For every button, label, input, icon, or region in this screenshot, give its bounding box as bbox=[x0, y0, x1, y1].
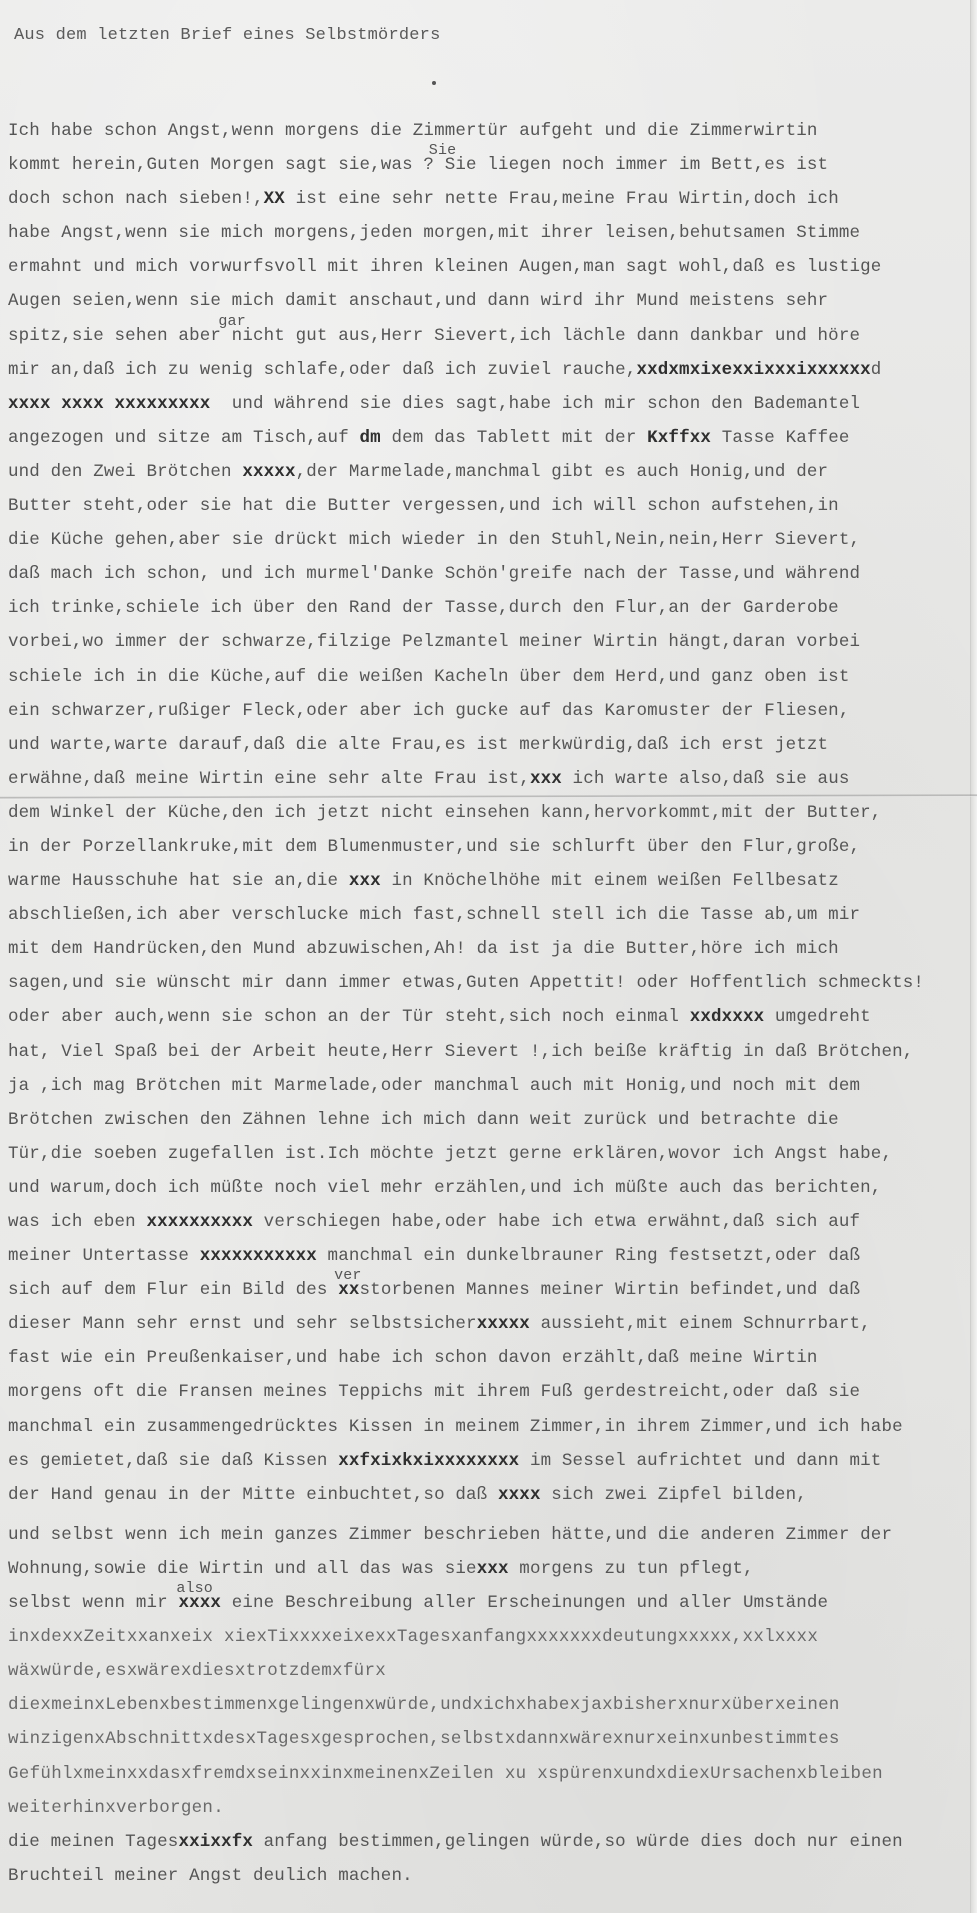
line-text: sich zwei Zipfel bilden, bbox=[541, 1485, 807, 1505]
line-text: dem das Tablett mit der bbox=[381, 428, 647, 448]
struck-line: wäxwürde,esxwärexdiesxtrotzdemxfürx bbox=[8, 1654, 973, 1688]
overstrike-correction: xxx bbox=[477, 1559, 509, 1579]
text-line: ermahnt und mich vorwurfsvoll mit ihren … bbox=[8, 250, 973, 284]
overstrike-correction: xxdxxxx bbox=[690, 1007, 765, 1027]
line-text: in der Porzellankruke,mit dem Blumenmust… bbox=[8, 837, 860, 857]
overstrike-correction: GefühlxmeinxxdasxfremdxseinxxinxmeinenxZ… bbox=[8, 1764, 883, 1784]
text-line: kommt herein,Guten Morgen sagt sie,was ?… bbox=[8, 148, 973, 182]
text-line: meiner Untertasse xxxxxxxxxxx manchmal e… bbox=[8, 1239, 973, 1273]
text-line: dem Winkel der Küche,den ich jetzt nicht… bbox=[8, 796, 973, 830]
text-line: spitz,sie sehen aber nicht gut aus,Herr … bbox=[8, 319, 973, 353]
line-text: Brötchen zwischen den Zähnen lehne ich m… bbox=[8, 1110, 839, 1130]
line-text: meiner Untertasse bbox=[8, 1246, 200, 1266]
text-line: fast wie ein Preußenkaiser,und habe ich … bbox=[8, 1341, 973, 1375]
line-text: oder aber auch,wenn sie schon an der Tür… bbox=[8, 1007, 690, 1027]
line-text: manchmal ein dunkelbrauner Ring festsetz… bbox=[317, 1246, 860, 1266]
line-text: Bruchteil meiner Angst deulich machen. bbox=[8, 1866, 413, 1886]
text-line: und warte,warte darauf,daß die alte Frau… bbox=[8, 728, 973, 762]
text-line: ja ,ich mag Brötchen mit Marmelade,oder … bbox=[8, 1069, 973, 1103]
text-line: dieser Mann sehr ernst und sehr selbstsi… bbox=[8, 1307, 973, 1341]
text-line: was ich eben xxxxxxxxxx verschiegen habe… bbox=[8, 1205, 973, 1239]
line-text: und während sie dies sagt,habe ich mir s… bbox=[210, 394, 860, 414]
text-line: und warum,doch ich müßte noch viel mehr … bbox=[8, 1171, 973, 1205]
line-text: sich auf dem Flur ein Bild des bbox=[8, 1280, 338, 1300]
struck-line: weiterhinxverborgen. bbox=[8, 1791, 973, 1825]
line-text: hat, Viel Spaß bei der Arbeit heute,Herr… bbox=[8, 1042, 913, 1062]
line-text: morgens zu tun pflegt, bbox=[509, 1559, 754, 1579]
overstrike-correction: inxdexxZeitxxanxeix xiexTixxxxeixexxTage… bbox=[8, 1627, 818, 1647]
line-text: manchmal ein zusammengedrücktes Kissen i… bbox=[8, 1417, 903, 1437]
text-line: erwähne,daß meine Wirtin eine sehr alte … bbox=[8, 762, 973, 796]
line-text: Wohnung,sowie die Wirtin und all das was… bbox=[8, 1559, 477, 1579]
overstrike-correction: xxfxixkxixxxxxxxx bbox=[338, 1451, 519, 1471]
line-text: dieser Mann sehr ernst und sehr selbstsi… bbox=[8, 1314, 477, 1334]
line-text: Ich habe schon Angst,wenn morgens die Zi… bbox=[8, 121, 818, 141]
interlinear-insertion: Sie bbox=[429, 134, 456, 168]
line-text: und warum,doch ich müßte noch viel mehr … bbox=[8, 1178, 881, 1198]
overstrike-correction: winzigenxAbschnittxdesxTagesxgesprochen,… bbox=[8, 1729, 840, 1749]
line-text: vorbei,wo immer der schwarze,filzige Pel… bbox=[8, 632, 860, 652]
line-text: storbenen Mannes meiner Wirtin befindet,… bbox=[360, 1280, 861, 1300]
line-text: Butter steht,oder sie hat die Butter ver… bbox=[8, 496, 839, 516]
text-line: oder aber auch,wenn sie schon an der Tür… bbox=[8, 1000, 973, 1034]
line-text: und warte,warte darauf,daß die alte Frau… bbox=[8, 735, 828, 755]
text-line: warme Hausschuhe hat sie an,die xxx in K… bbox=[8, 864, 973, 898]
line-text: ist eine sehr nette Frau,meine Frau Wirt… bbox=[285, 189, 839, 209]
text-line: manchmal ein zusammengedrücktes Kissen i… bbox=[8, 1410, 973, 1444]
line-text: die meinen Tages bbox=[8, 1832, 178, 1852]
line-text: warme Hausschuhe hat sie an,die bbox=[8, 871, 349, 891]
text-line: ich trinke,schiele ich über den Rand der… bbox=[8, 591, 973, 625]
struck-line: diexmeinxLebenxbestimmenxgelingenxwürde,… bbox=[8, 1688, 973, 1722]
overstrike-correction: xxx bbox=[530, 769, 562, 789]
letter-body: Ich habe schon Angst,wenn morgens die Zi… bbox=[8, 114, 973, 1893]
overstrike-correction: xxxxx bbox=[477, 1314, 530, 1334]
line-text: daß mach ich schon, und ich murmel'Danke… bbox=[8, 564, 860, 584]
line-text: die Küche gehen,aber sie drückt mich wie… bbox=[8, 530, 860, 550]
struck-line: winzigenxAbschnittxdesxTagesxgesprochen,… bbox=[8, 1722, 973, 1756]
text-line: morgens oft die Fransen meines Teppichs … bbox=[8, 1375, 973, 1409]
text-line: habe Angst,wenn sie mich morgens,jeden m… bbox=[8, 216, 973, 250]
scanned-letter-page: Aus dem letzten Brief eines Selbstmörder… bbox=[0, 0, 977, 1913]
line-text: spitz,sie sehen aber nicht gut aus,Herr … bbox=[8, 326, 860, 346]
line-text: umgedreht bbox=[764, 1007, 871, 1027]
text-line: in der Porzellankruke,mit dem Blumenmust… bbox=[8, 830, 973, 864]
line-text: mit dem Handrücken,den Mund abzuwischen,… bbox=[8, 939, 839, 959]
line-text: morgens oft die Fransen meines Teppichs … bbox=[8, 1382, 860, 1402]
text-line: Wohnung,sowie die Wirtin und all das was… bbox=[8, 1552, 973, 1586]
line-text: angezogen und sitze am Tisch,auf bbox=[8, 428, 360, 448]
line-text: anfang bestimmen,gelingen würde,so würde… bbox=[253, 1832, 903, 1852]
letter-title: Aus dem letzten Brief eines Selbstmörder… bbox=[14, 26, 440, 45]
line-text: ich trinke,schiele ich über den Rand der… bbox=[8, 598, 839, 618]
text-line: und den Zwei Brötchen xxxxx,der Marmelad… bbox=[8, 455, 973, 489]
line-text: in Knöchelhöhe mit einem weißen Fellbesa… bbox=[381, 871, 839, 891]
text-line: daß mach ich schon, und ich murmel'Danke… bbox=[8, 557, 973, 591]
text-line: xxxx xxxx xxxxxxxxx und während sie dies… bbox=[8, 387, 973, 421]
line-text: im Sessel aufrichtet und dann mit bbox=[519, 1451, 881, 1471]
line-text: erwähne,daß meine Wirtin eine sehr alte … bbox=[8, 769, 530, 789]
text-line: angezogen und sitze am Tisch,auf dm dem … bbox=[8, 421, 973, 455]
text-line: hat, Viel Spaß bei der Arbeit heute,Herr… bbox=[8, 1035, 973, 1069]
overstrike-correction: diexmeinxLebenxbestimmenxgelingenxwürde,… bbox=[8, 1695, 840, 1715]
overstrike-correction: xxxxx bbox=[242, 462, 295, 482]
line-text: es gemietet,daß sie daß Kissen bbox=[8, 1451, 338, 1471]
line-text: dem Winkel der Küche,den ich jetzt nicht… bbox=[8, 803, 881, 823]
line-text: Tasse Kaffee bbox=[711, 428, 849, 448]
text-line: Ich habe schon Angst,wenn morgens die Zi… bbox=[8, 114, 973, 148]
overstrike-correction: Kxffxx bbox=[647, 428, 711, 448]
line-text: ermahnt und mich vorwurfsvoll mit ihren … bbox=[8, 257, 881, 277]
line-text: Tür,die soeben zugefallen ist.Ich möchte… bbox=[8, 1144, 892, 1164]
overstrike-correction: xxxx xxxx xxxxxxxxx bbox=[8, 394, 210, 414]
line-text: eine Beschreibung aller Erscheinungen un… bbox=[221, 1593, 828, 1613]
text-line: selbst wenn mir xxxx eine Beschreibung a… bbox=[8, 1586, 973, 1620]
text-line: vorbei,wo immer der schwarze,filzige Pel… bbox=[8, 625, 973, 659]
line-text: schiele ich in die Küche,auf die weißen … bbox=[8, 667, 850, 687]
overstrike-correction: xxxx bbox=[498, 1485, 541, 1505]
text-line: abschließen,ich aber verschlucke mich fa… bbox=[8, 898, 973, 932]
line-text: verschiegen habe,oder habe ich etwa erwä… bbox=[253, 1212, 860, 1232]
line-text: ,der Marmelade,manchmal gibt es auch Hon… bbox=[296, 462, 829, 482]
overstrike-correction: xxixxfx bbox=[178, 1832, 253, 1852]
line-text: habe Angst,wenn sie mich morgens,jeden m… bbox=[8, 223, 860, 243]
line-text: doch schon nach sieben!, bbox=[8, 189, 264, 209]
overstrike-correction: wäxwürde,esxwärexdiesxtrotzdemxfürx bbox=[8, 1661, 386, 1681]
line-text: aussieht,mit einem Schnurrbart, bbox=[530, 1314, 871, 1334]
text-line: der Hand genau in der Mitte einbuchtet,s… bbox=[8, 1478, 973, 1512]
text-line: Tür,die soeben zugefallen ist.Ich möchte… bbox=[8, 1137, 973, 1171]
line-text: der Hand genau in der Mitte einbuchtet,s… bbox=[8, 1485, 498, 1505]
overstrike-correction: xxxxxxxxxxx bbox=[200, 1246, 317, 1266]
overstrike-correction: weiterhinxverborgen. bbox=[8, 1798, 224, 1818]
text-line: doch schon nach sieben!,XX ist eine sehr… bbox=[8, 182, 973, 216]
text-line: sagen,und sie wünscht mir dann immer etw… bbox=[8, 966, 973, 1000]
line-text: und den Zwei Brötchen bbox=[8, 462, 242, 482]
interlinear-insertion: ver bbox=[334, 1259, 361, 1293]
line-text: ich warte also,daß sie aus bbox=[562, 769, 850, 789]
text-line: mir an,daß ich zu wenig schlafe,oder daß… bbox=[8, 353, 973, 387]
text-line: Bruchteil meiner Angst deulich machen. bbox=[8, 1859, 973, 1893]
text-line: die Küche gehen,aber sie drückt mich wie… bbox=[8, 523, 973, 557]
text-line: Brötchen zwischen den Zähnen lehne ich m… bbox=[8, 1103, 973, 1137]
text-line: sich auf dem Flur ein Bild des xxstorben… bbox=[8, 1273, 973, 1307]
overstrike-correction: xxxxxxxxxx bbox=[146, 1212, 253, 1232]
line-text: fast wie ein Preußenkaiser,und habe ich … bbox=[8, 1348, 818, 1368]
line-text: kommt herein,Guten Morgen sagt sie,was ?… bbox=[8, 155, 828, 175]
line-text: abschließen,ich aber verschlucke mich fa… bbox=[8, 905, 860, 925]
line-text: mir an,daß ich zu wenig schlafe,oder daß… bbox=[8, 360, 636, 380]
struck-line: GefühlxmeinxxdasxfremdxseinxxinxmeinenxZ… bbox=[8, 1757, 973, 1791]
text-line: die meinen Tagesxxixxfx anfang bestimmen… bbox=[8, 1825, 973, 1859]
overstrike-correction: dm bbox=[360, 428, 381, 448]
text-line: und selbst wenn ich mein ganzes Zimmer b… bbox=[8, 1518, 973, 1552]
ink-dot bbox=[432, 81, 436, 85]
line-text: d bbox=[871, 360, 882, 380]
overstrike-correction: xxx bbox=[349, 871, 381, 891]
line-text: und selbst wenn ich mein ganzes Zimmer b… bbox=[8, 1525, 892, 1545]
text-line: Augen seien,wenn sie mich damit anschaut… bbox=[8, 284, 973, 318]
overstrike-correction: XX bbox=[264, 189, 285, 209]
text-line: Butter steht,oder sie hat die Butter ver… bbox=[8, 489, 973, 523]
interlinear-insertion: gar bbox=[218, 305, 245, 339]
text-line: ein schwarzer,rußiger Fleck,oder aber ic… bbox=[8, 694, 973, 728]
line-text: ein schwarzer,rußiger Fleck,oder aber ic… bbox=[8, 701, 850, 721]
line-text: sagen,und sie wünscht mir dann immer etw… bbox=[8, 973, 924, 993]
line-text: was ich eben bbox=[8, 1212, 146, 1232]
line-text: selbst wenn mir bbox=[8, 1593, 178, 1613]
line-text: ja ,ich mag Brötchen mit Marmelade,oder … bbox=[8, 1076, 860, 1096]
interlinear-insertion: also bbox=[176, 1572, 213, 1606]
text-line: mit dem Handrücken,den Mund abzuwischen,… bbox=[8, 932, 973, 966]
overstrike-correction: xxdxmxixexxixxxixxxxxx bbox=[636, 360, 870, 380]
line-text: Augen seien,wenn sie mich damit anschaut… bbox=[8, 291, 828, 311]
text-line: es gemietet,daß sie daß Kissen xxfxixkxi… bbox=[8, 1444, 973, 1478]
text-line: schiele ich in die Küche,auf die weißen … bbox=[8, 660, 973, 694]
struck-line: inxdexxZeitxxanxeix xiexTixxxxeixexxTage… bbox=[8, 1620, 973, 1654]
